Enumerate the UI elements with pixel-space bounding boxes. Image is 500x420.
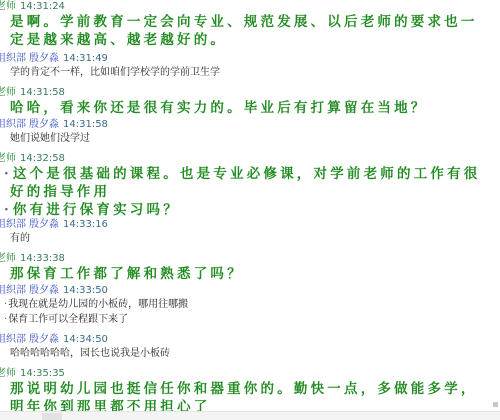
message-text: 学的肯定不一样，比如咱们学校学的学前卫生学 — [0, 65, 500, 80]
message-text: 哈哈，看来你还是很有实力的。毕业后有打算留在当地？ — [0, 99, 500, 117]
chat-message: 老师14:32:58 这个是很基础的课程。也是专业必修课，对学前老师的工作有很好… — [0, 152, 500, 219]
message-text: 我现在就是幼儿园的小板砖，哪用往哪搬 — [0, 297, 500, 312]
message-text: 有的 — [0, 231, 500, 246]
timestamp: 14:33:50 — [63, 285, 108, 296]
message-header: 组织部殷夕淼14:34:50 — [0, 333, 500, 346]
resize-grip-icon[interactable] — [493, 402, 498, 407]
chat-message: 老师14:33:38 那保育工作都了解和熟悉了吗？ — [0, 252, 500, 283]
sender-name[interactable]: 老师 — [0, 87, 16, 98]
chat-message: 组织部殷夕淼14:31:49 学的肯定不一样，比如咱们学校学的学前卫生学 — [0, 52, 500, 80]
timestamp: 14:34:50 — [63, 334, 108, 345]
chat-message: 组织部殷夕淼14:33:50 我现在就是幼儿园的小板砖，哪用往哪搬 保育工作可以… — [0, 284, 500, 327]
message-header: 老师14:31:58 — [0, 86, 500, 99]
chat-message: 老师14:35:35 那说明幼儿园也挺信任你和器重你的。勤快一点，多做能多学，明… — [0, 367, 500, 416]
message-text: 这个是很基础的课程。也是专业必修课，对学前老师的工作有很好的指导作用 — [0, 165, 500, 201]
chat-message: 老师14:31:58 哈哈，看来你还是很有实力的。毕业后有打算留在当地？ — [0, 86, 500, 117]
timestamp: 14:31:58 — [63, 119, 108, 130]
message-header: 老师14:32:58 — [0, 152, 500, 165]
message-header: 组织部殷夕淼14:31:49 — [0, 52, 500, 65]
message-text: 那保育工作都了解和熟悉了吗？ — [0, 265, 500, 283]
message-header: 组织部殷夕淼14:33:50 — [0, 284, 500, 297]
sender-dept[interactable]: 组织部 — [0, 285, 26, 296]
message-text: 她们说她们没学过 — [0, 131, 500, 146]
timestamp: 14:31:58 — [20, 87, 65, 98]
sender-name[interactable]: 殷夕淼 — [29, 285, 59, 296]
timestamp: 14:33:16 — [63, 219, 108, 230]
timestamp: 14:32:58 — [20, 153, 65, 164]
message-header: 组织部殷夕淼14:31:58 — [0, 118, 500, 131]
chat-history[interactable]: 老师14:31:24 是啊。学前教育一定会向专业、规范发展、以后老师的要求也一定… — [0, 0, 500, 420]
sender-dept[interactable]: 组织部 — [0, 334, 26, 345]
sender-name[interactable]: 殷夕淼 — [29, 219, 59, 230]
chat-message: 组织部殷夕淼14:34:50 哈哈哈哈哈哈，园长也说我是小板砖 — [0, 333, 500, 361]
timestamp: 14:31:49 — [63, 53, 108, 64]
message-header: 老师14:33:38 — [0, 252, 500, 265]
sender-dept[interactable]: 组织部 — [0, 53, 26, 64]
sender-dept[interactable]: 组织部 — [0, 119, 26, 130]
input-toolbar — [0, 411, 500, 420]
chat-message: 老师14:31:24 是啊。学前教育一定会向专业、规范发展、以后老师的要求也一定… — [0, 0, 500, 49]
sender-name[interactable]: 老师 — [0, 253, 16, 264]
message-text: 你有进行保育实习吗？ — [0, 201, 500, 219]
message-header: 组织部殷夕淼14:33:16 — [0, 218, 500, 231]
sender-name[interactable]: 老师 — [0, 153, 16, 164]
sender-dept[interactable]: 组织部 — [0, 219, 26, 230]
sender-name[interactable]: 殷夕淼 — [29, 119, 59, 130]
sender-name[interactable]: 老师 — [0, 368, 16, 379]
sender-name[interactable]: 殷夕淼 — [29, 334, 59, 345]
message-text: 是啊。学前教育一定会向专业、规范发展、以后老师的要求也一定是越来越高、越老越好的… — [0, 13, 500, 49]
chat-message: 组织部殷夕淼14:31:58 她们说她们没学过 — [0, 118, 500, 146]
message-text: 哈哈哈哈哈哈，园长也说我是小板砖 — [0, 346, 500, 361]
sender-name[interactable]: 老师 — [0, 1, 16, 12]
timestamp: 14:35:35 — [20, 368, 65, 379]
timestamp: 14:31:24 — [20, 1, 65, 12]
message-header: 老师14:35:35 — [0, 367, 500, 380]
message-header: 老师14:31:24 — [0, 0, 500, 13]
toolbar-tab[interactable] — [42, 413, 62, 420]
timestamp: 14:33:38 — [20, 253, 65, 264]
message-text: 保育工作可以全程跟下来了 — [0, 312, 500, 327]
sender-name[interactable]: 殷夕淼 — [29, 53, 59, 64]
chat-message: 组织部殷夕淼14:33:16 有的 — [0, 218, 500, 246]
